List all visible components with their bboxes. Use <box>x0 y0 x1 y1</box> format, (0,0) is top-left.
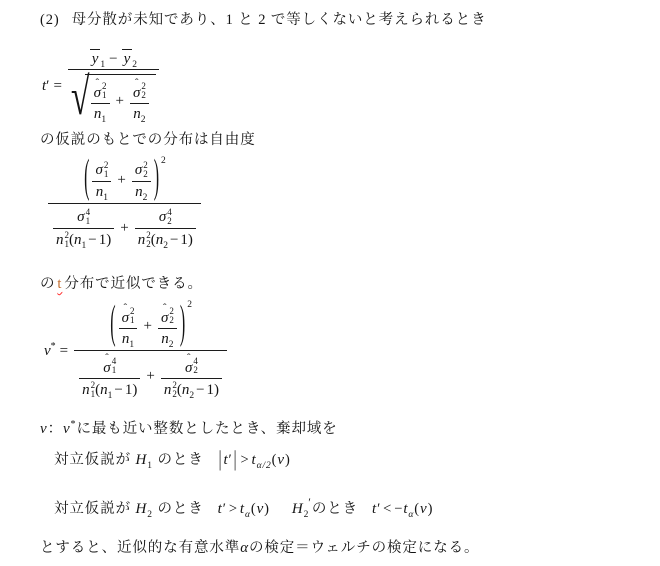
intro-line: (2)母分散が未知であり、1 と 2 で等しくないと考えられるとき <box>40 10 486 30</box>
radicand: ˆσ21n1+ˆσ22n2 <box>85 74 156 124</box>
op-gt: > <box>240 452 249 468</box>
fraction: σ22n2 <box>132 159 151 202</box>
fraction: ˆσ21n1 <box>91 78 110 124</box>
formula-nu-star: ν*=(ˆσ21n1+ˆσ22n2)2ˆσ41n21(n1−1)+ˆσ42n22… <box>44 301 229 402</box>
big-rparen: ) <box>153 157 160 203</box>
var-n: n <box>135 184 143 200</box>
op-lt: < <box>383 501 392 517</box>
op-plus: + <box>120 220 128 236</box>
op-plus: + <box>146 368 154 384</box>
sub-1: 1 <box>130 316 135 325</box>
sub-2: 2 <box>189 391 194 401</box>
var-n: n <box>164 382 172 399</box>
var-y: y <box>92 51 99 67</box>
intro-text: 母分散が未知であり、1 と 2 で等しくないと考えられるとき <box>72 12 487 28</box>
alt-hypothesis-text: 対立仮説が <box>54 501 131 517</box>
abs-bar: | <box>219 445 223 475</box>
var-H: H <box>292 501 304 517</box>
h2-rejection-line: 対立仮説が H2 のときt′>tα(ν)H2′のときt′<−tα(ν) <box>54 499 433 519</box>
var-n: n <box>100 382 108 398</box>
op-plus: + <box>116 93 124 109</box>
n-sq-2: n22 <box>164 381 177 400</box>
op-minus: − <box>114 382 122 398</box>
var-n: n <box>138 232 146 249</box>
numerator: y1−y2 <box>87 47 140 69</box>
alt-hypothesis-text: 対立仮説が <box>54 452 131 468</box>
op-minus: − <box>196 382 204 398</box>
outer-sup-2: 2 <box>161 156 166 166</box>
rparen: ) <box>264 501 270 517</box>
sub-2: 2 <box>167 217 172 226</box>
rparen: ) <box>285 452 291 468</box>
rparen: ) <box>106 232 111 248</box>
sub-1: 1 <box>101 115 106 125</box>
fraction: ˆσ22n2 <box>130 78 149 124</box>
sub-1: 1 <box>147 461 153 471</box>
sigma-hat-sq-2: ˆσ22 <box>133 80 146 102</box>
denominator: √ˆσ21n1+ˆσ22n2 <box>68 70 159 125</box>
digit-1: 1 <box>180 232 188 248</box>
numerator: (σ21n1+σ22n2)2 <box>80 157 169 203</box>
hat-accent: ˆ <box>161 303 168 314</box>
sub-2: 2 <box>141 91 146 100</box>
op-equals: = <box>53 78 61 94</box>
op-equals: = <box>60 343 68 359</box>
var-n: n <box>74 232 82 248</box>
var-y: y <box>124 51 131 67</box>
fraction: ˆσ41n21(n1−1) <box>79 353 140 401</box>
sub-1: 1 <box>82 241 87 251</box>
sub-1: 1 <box>112 366 117 375</box>
sigma-hat-4-2: ˆσ42 <box>185 355 198 377</box>
formula-lhs: ν*= <box>44 343 72 359</box>
n-sq-2: n22 <box>138 231 151 250</box>
var-sigma: σ <box>77 209 84 226</box>
sub-2: 2 <box>163 241 168 251</box>
var-H: H <box>136 452 148 468</box>
prime-mark: ′ <box>223 501 227 517</box>
sigma-hat-4-1: ˆσ41 <box>103 355 116 377</box>
sigma-hat-sq-2: ˆσ22 <box>161 305 174 327</box>
sub-2: 2 <box>147 510 153 520</box>
sub-2: 2 <box>141 115 146 125</box>
nu-rest-text: に最も近い整数としたとき、棄却域を <box>76 421 337 437</box>
sub-1: 1 <box>108 391 113 401</box>
hat-accent: ˆ <box>185 353 192 364</box>
big-lparen: ( <box>83 157 90 203</box>
op-plus: + <box>143 318 151 335</box>
rparen: ) <box>428 501 434 517</box>
formula-degrees-of-freedom: (σ21n1+σ22n2)2σ41n21(n1−1)+σ42n22(n2−1) <box>46 157 203 252</box>
hat-accent: ˆ <box>94 78 101 89</box>
rparen: ) <box>132 382 137 398</box>
sigma-hat-sq-1: ˆσ21 <box>122 305 135 327</box>
square-root: √ˆσ21n1+ˆσ22n2 <box>71 72 156 124</box>
sigma-4-1: σ41 <box>77 208 90 227</box>
main-fraction: y1−y2√ˆσ21n1+ˆσ22n2 <box>68 47 159 125</box>
paren-group: (ˆσ21n1+ˆσ22n2)2 <box>109 303 192 349</box>
hat-accent: ˆ <box>103 353 110 364</box>
sub-2: 2 <box>143 170 148 179</box>
var-nu: ν <box>63 421 71 437</box>
n-sq-1: n21 <box>82 381 95 400</box>
var-n: n <box>82 382 90 399</box>
sub-alpha-half: α/2 <box>257 461 272 471</box>
when-text: のとき <box>157 501 203 517</box>
conclusion-line: とすると、近似的な有意水準αの検定＝ウェルチの検定になる。 <box>40 538 479 558</box>
sub-1: 1 <box>102 91 107 100</box>
conclusion-suffix: の検定＝ウェルチの検定になる。 <box>249 540 479 556</box>
sub-1: 1 <box>103 193 108 203</box>
prime-mark: ′ <box>377 501 381 517</box>
op-minus: − <box>88 232 96 248</box>
var-nu: ν <box>40 421 48 437</box>
var-n: n <box>161 331 169 347</box>
big-lparen: ( <box>109 302 116 348</box>
paren-group: (σ21n1+σ22n2)2 <box>83 159 166 202</box>
outer-sup-2: 2 <box>187 300 192 310</box>
prime-mark: ′ <box>229 452 233 468</box>
approx-line: のt分布で近似できる。 <box>40 274 203 294</box>
var-n: n <box>133 106 141 122</box>
fraction: ˆσ21n1 <box>119 303 138 349</box>
formula-welch-t-statistic: t′=y1−y2√ˆσ21n1+ˆσ22n2 <box>42 47 161 125</box>
var-alpha: α <box>240 540 249 556</box>
conclusion-prefix: とすると、近似的な有意水準 <box>40 540 240 556</box>
sub-1: 1 <box>104 170 109 179</box>
sub-2: 2 <box>169 316 174 325</box>
rparen: ) <box>188 232 193 248</box>
y-bar-1: y <box>90 49 101 68</box>
denominator: σ41n21(n1−1)+σ42n22(n2−1) <box>48 204 201 252</box>
y-bar-2: y <box>122 49 133 68</box>
sigma-4-2: σ42 <box>159 208 172 227</box>
var-sigma: σ <box>95 162 102 179</box>
colon: ： <box>48 421 63 437</box>
when-text: のとき <box>312 501 358 517</box>
main-fraction: (σ21n1+σ22n2)2σ41n21(n1−1)+σ42n22(n2−1) <box>48 157 201 252</box>
sub-2: 2 <box>143 193 148 203</box>
sigma-sq-1: σ21 <box>95 161 108 180</box>
formula-lhs: t′= <box>42 78 66 94</box>
var-nu: ν <box>44 343 51 359</box>
sub-2: 2 <box>304 510 310 520</box>
approx-prefix: の <box>40 276 55 292</box>
numerator: (ˆσ21n1+ˆσ22n2)2 <box>106 301 195 350</box>
sigma-sq-2: σ22 <box>135 161 148 180</box>
fraction: σ42n22(n2−1) <box>135 206 196 251</box>
spellchecked-t: t <box>55 276 64 292</box>
var-n: n <box>56 232 64 249</box>
when-text: のとき <box>157 452 203 468</box>
nu-definition-line: ν：ν*に最も近い整数としたとき、棄却域を <box>40 419 338 439</box>
fraction: ˆσ42n22(n2−1) <box>161 353 222 401</box>
star-sup: * <box>51 341 56 352</box>
op-minus: − <box>394 501 403 517</box>
hypothesis-line: の仮説のもとでの分布は自由度 <box>40 130 256 150</box>
digit-1: 1 <box>207 382 215 398</box>
sub-2: 2 <box>193 366 198 375</box>
document-page: (2)母分散が未知であり、1 と 2 で等しくないと考えられるとき t′=y1−… <box>0 0 660 566</box>
item-number: (2) <box>40 12 60 28</box>
sigma-hat-sq-1: ˆσ21 <box>94 80 107 102</box>
op-minus: − <box>109 51 117 67</box>
rparen: ) <box>214 382 219 398</box>
var-H: H <box>136 501 148 517</box>
sub-1: 1 <box>86 217 91 226</box>
sub-2: 2 <box>169 340 174 350</box>
abs-bar: | <box>234 445 238 475</box>
fraction: σ21n1 <box>92 159 111 202</box>
op-minus: − <box>170 232 178 248</box>
var-sigma: σ <box>135 162 142 179</box>
radical-icon: √ <box>71 72 90 125</box>
prime-mark: ′ <box>46 78 49 94</box>
op-plus: + <box>117 172 125 189</box>
fraction: σ41n21(n1−1) <box>53 206 114 251</box>
main-fraction: (ˆσ21n1+ˆσ22n2)2ˆσ41n21(n1−1)+ˆσ42n22(n2… <box>74 301 227 402</box>
approx-suffix: 分布で近似できる。 <box>64 276 203 292</box>
n-sq-1: n21 <box>56 231 69 250</box>
hat-accent: ˆ <box>133 78 140 89</box>
var-sigma: σ <box>159 209 166 226</box>
var-nu: ν <box>420 501 428 517</box>
denominator: ˆσ41n21(n1−1)+ˆσ42n22(n2−1) <box>74 351 227 402</box>
big-rparen: ) <box>179 302 186 348</box>
var-nu: ν <box>277 452 285 468</box>
h1-rejection-line: 対立仮説が H1 のとき|t′|>tα/2(ν) <box>54 450 291 470</box>
op-gt: > <box>229 501 238 517</box>
fraction: ˆσ22n2 <box>158 303 177 349</box>
hat-accent: ˆ <box>122 303 129 314</box>
sub-1: 1 <box>129 340 134 350</box>
